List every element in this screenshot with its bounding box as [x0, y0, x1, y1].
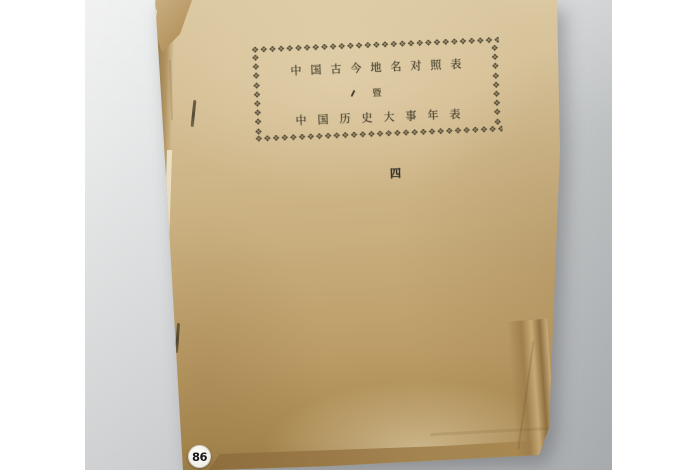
staple-mark-upper — [191, 100, 197, 127]
ornamental-title-frame: ❖❖❖❖❖❖❖❖❖❖❖❖❖❖❖❖❖❖❖❖❖❖❖❖❖❖❖❖❖❖ ❖❖❖❖❖❖❖❖❖… — [251, 37, 503, 145]
page-edges-left — [157, 150, 172, 470]
cover-title-block: 中国古今地名对照表 暨 中国历史大事年表 — [265, 47, 488, 134]
curled-bottom-edge — [208, 440, 544, 470]
ink-fleck — [351, 89, 356, 96]
staple-mark-lower — [175, 323, 180, 353]
photo-of-booklet: ❖❖❖❖❖❖❖❖❖❖❖❖❖❖❖❖❖❖❖❖❖❖❖❖❖❖❖❖❖❖ ❖❖❖❖❖❖❖❖❖… — [0, 0, 700, 470]
booklet-cover: ❖❖❖❖❖❖❖❖❖❖❖❖❖❖❖❖❖❖❖❖❖❖❖❖❖❖❖❖❖❖ ❖❖❖❖❖❖❖❖❖… — [0, 0, 700, 470]
title-line-2: 暨 — [366, 85, 388, 99]
inventory-number: 86 — [192, 450, 207, 464]
volume-number-mark: 四 — [390, 165, 402, 181]
book-shadow: ❖❖❖❖❖❖❖❖❖❖❖❖❖❖❖❖❖❖❖❖❖❖❖❖❖❖❖❖❖❖ ❖❖❖❖❖❖❖❖❖… — [0, 0, 700, 470]
title-line-2-text: 暨 — [372, 88, 387, 99]
frame-border-right: ❖ ❖ ❖ ❖ ❖ ❖ ❖ ❖ ❖ — [490, 45, 502, 127]
title-line-1: 中国古今地名对照表 — [281, 55, 470, 79]
frame-border-left: ❖ ❖ ❖ ❖ ❖ ❖ ❖ ❖ ❖ — [251, 55, 263, 137]
title-line-3: 中国历史大事年表 — [284, 105, 471, 129]
inventory-sticker: 86 — [188, 445, 211, 468]
